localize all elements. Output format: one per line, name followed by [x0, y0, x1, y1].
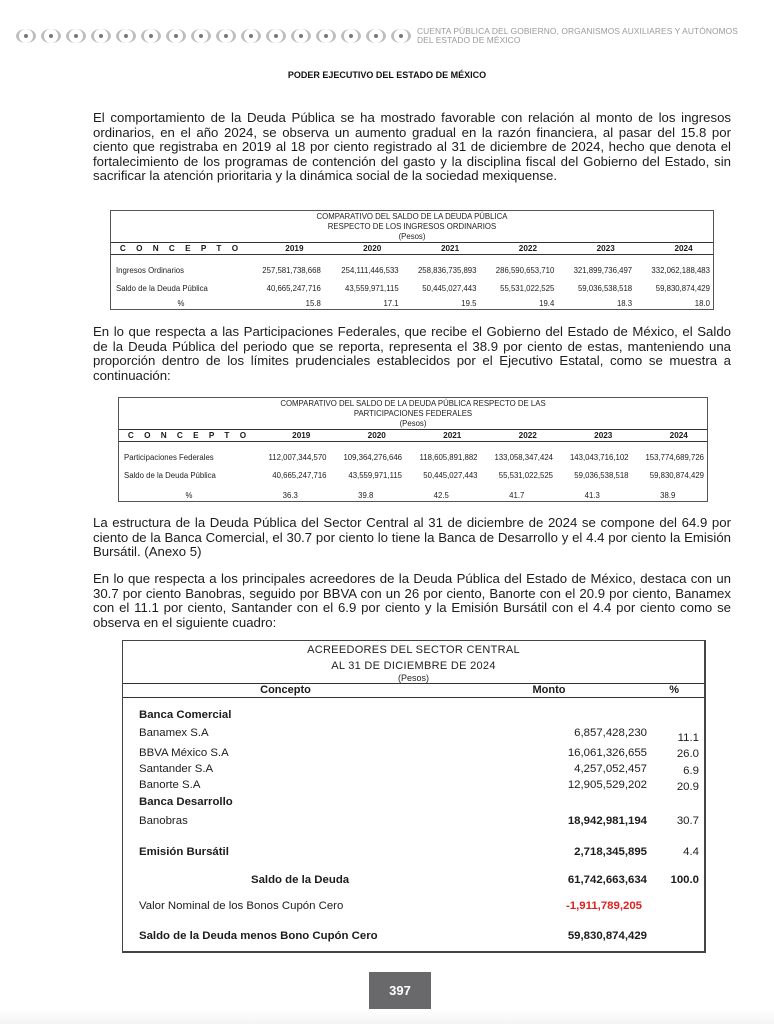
col-header-concepto: C O N C E P T O	[119, 430, 254, 441]
table-row-santander: Santander S.A 4,257,052,457 6.9	[123, 763, 704, 777]
col-header-2021: 2021	[405, 430, 481, 441]
col-header-monto: Monto	[448, 684, 640, 697]
table-title-line2: RESPECTO DE LOS INGRESOS ORDINARIOS	[111, 222, 713, 232]
row-monto: 16,061,326,655	[513, 747, 647, 760]
section-banca-desarrollo: Banca Desarrollo	[123, 796, 704, 808]
row-label: BBVA México S.A	[123, 747, 513, 760]
table-row-banobras: Banobras 18,942,981,194 30.7	[123, 815, 704, 827]
cell: 257,581,738,668	[246, 266, 324, 284]
col-header-concepto: C O N C E P T O	[111, 243, 246, 254]
table-header-row: Concepto Monto %	[123, 683, 704, 698]
row-label: Valor Nominal de los Bonos Cupón Cero	[123, 900, 513, 912]
table-row-saldo-menos-bono: Saldo de la Deuda menos Bono Cupón Cero …	[123, 930, 704, 942]
cell: 40,665,247,716	[246, 284, 324, 299]
cell: 36.3	[254, 491, 330, 500]
col-header-2019: 2019	[254, 430, 330, 441]
cell: 143,043,716,102	[556, 453, 632, 471]
state-seal-pattern-icon	[264, 28, 288, 44]
col-header-concepto: Concepto	[123, 684, 448, 697]
row-label: Ingresos Ordinarios	[111, 266, 246, 284]
cell: 55,531,022,525	[479, 284, 557, 299]
header-logo-strip	[14, 28, 413, 44]
state-seal-pattern-icon	[314, 28, 338, 44]
cell: 286,590,653,710	[479, 266, 557, 284]
col-header-2024: 2024	[635, 243, 713, 254]
cell: 321,899,736,497	[557, 266, 635, 284]
row-monto: 12,905,529,202	[513, 779, 647, 793]
row-label: Saldo de la Deuda Pública	[111, 284, 246, 299]
cell: 41.3	[556, 491, 632, 500]
state-seal-pattern-icon	[39, 28, 63, 44]
table-row: Saldo de la Deuda Pública 40,665,247,716…	[111, 284, 713, 299]
cell: 332,062,188,483	[635, 266, 713, 284]
table-central-sector-creditors: ACREEDORES DEL SECTOR CENTRAL AL 31 DE D…	[122, 640, 706, 953]
table-row: % 15.8 17.1 19.5 19.4 18.3 18.0	[111, 299, 713, 308]
col-header-2022: 2022	[481, 430, 557, 441]
row-pct: 6.9	[647, 763, 704, 777]
cell: 153,774,689,726	[632, 453, 708, 471]
cell: 59,830,874,429	[632, 471, 708, 491]
table-units: (Pesos)	[111, 232, 713, 242]
paragraph-debt-behavior: El comportamiento de la Deuda Pública se…	[93, 111, 731, 184]
col-header-2024: 2024	[632, 430, 708, 441]
table-row-emision-bursatil: Emisión Bursátil 2,718,345,895 4.4	[123, 846, 704, 858]
row-pct: 100.0	[647, 874, 704, 886]
state-seal-pattern-icon	[289, 28, 313, 44]
cell: 59,036,538,518	[557, 284, 635, 299]
cell: 38.9	[632, 491, 708, 500]
table-title-line1: ACREEDORES DEL SECTOR CENTRAL	[123, 641, 704, 658]
state-seal-pattern-icon	[214, 28, 238, 44]
cell: 109,364,276,646	[330, 453, 406, 471]
table-row-bbva: BBVA México S.A 16,061,326,655 26.0	[123, 747, 704, 760]
cell: 18.3	[557, 299, 635, 308]
cell: 43,559,971,115	[324, 284, 402, 299]
state-seal-pattern-icon	[389, 28, 413, 44]
state-seal-pattern-icon	[239, 28, 263, 44]
row-label: Banca Desarrollo	[123, 796, 513, 808]
table-title-line1: COMPARATIVO DEL SALDO DE LA DEUDA PÚBLIC…	[119, 398, 707, 409]
row-monto: 18,942,981,194	[513, 815, 647, 827]
row-monto: 6,857,428,230	[513, 727, 647, 744]
table-row: Saldo de la Deuda Pública 40,665,247,716…	[119, 471, 707, 491]
row-label: Participaciones Federales	[119, 453, 254, 471]
cell: 40,665,247,716	[254, 471, 330, 491]
table-title-line2: PARTICIPACIONES FEDERALES	[119, 409, 707, 419]
row-label: %	[119, 491, 254, 500]
col-header-2019: 2019	[246, 243, 324, 254]
state-seal-pattern-icon	[114, 28, 138, 44]
page-number: 397	[369, 972, 431, 1009]
row-pct: 4.4	[647, 846, 704, 858]
col-header-2020: 2020	[324, 243, 402, 254]
cell: 50,445,027,443	[405, 471, 481, 491]
row-label: Banca Comercial	[123, 709, 513, 721]
cell: 17.1	[324, 299, 402, 308]
row-monto: 59,830,874,429	[513, 930, 647, 942]
cell: 42.5	[405, 491, 481, 500]
row-monto: 61,742,663,634	[513, 874, 647, 886]
table-units: (Pesos)	[119, 419, 707, 429]
cell: 15.8	[246, 299, 324, 308]
state-seal-pattern-icon	[64, 28, 88, 44]
state-seal-pattern-icon	[14, 28, 38, 44]
table-row-banorte: Banorte S.A 12,905,529,202 20.9	[123, 779, 704, 793]
cell: 39.8	[330, 491, 406, 500]
row-pct	[642, 900, 704, 912]
state-seal-pattern-icon	[139, 28, 163, 44]
row-label: Santander S.A	[123, 763, 513, 777]
cell: 59,036,538,518	[556, 471, 632, 491]
paragraph-federal-participations: En lo que respecta a las Participaciones…	[93, 325, 731, 383]
table-row: % 36.3 39.8 42.5 41.7 41.3 38.9	[119, 491, 707, 500]
row-monto: 4,257,052,457	[513, 763, 647, 777]
cell: 112,007,344,570	[254, 453, 330, 471]
cell: 19.5	[402, 299, 480, 308]
row-label: Banorte S.A	[123, 779, 513, 793]
table-row-saldo-deuda: Saldo de la Deuda 61,742,663,634 100.0	[123, 874, 704, 886]
row-label: %	[111, 299, 246, 308]
cell: 133,058,347,424	[481, 453, 557, 471]
cell: 19.4	[479, 299, 557, 308]
table-row-bonos-cupon-cero: Valor Nominal de los Bonos Cupón Cero -1…	[123, 900, 704, 912]
paragraph-main-creditors: En lo que respecta a los principales acr…	[93, 572, 731, 630]
row-pct: 20.9	[647, 779, 704, 793]
page-subtitle: PODER EJECUTIVO DEL ESTADO DE MÉXICO	[0, 70, 774, 80]
row-label: Banamex S.A	[123, 727, 513, 744]
table-debt-vs-federal-participations: COMPARATIVO DEL SALDO DE LA DEUDA PÚBLIC…	[118, 397, 708, 502]
cell: 41.7	[481, 491, 557, 500]
cell: 50,445,027,443	[402, 284, 480, 299]
col-header-percent: %	[640, 684, 704, 697]
row-monto: 2,718,345,895	[513, 846, 647, 858]
row-label: Emisión Bursátil	[123, 846, 513, 858]
state-seal-pattern-icon	[189, 28, 213, 44]
state-seal-pattern-icon	[339, 28, 363, 44]
cell: 55,531,022,525	[481, 471, 557, 491]
state-seal-pattern-icon	[164, 28, 188, 44]
table-row: Participaciones Federales 112,007,344,57…	[119, 453, 707, 471]
table-header-row: C O N C E P T O 2019 2020 2021 2022 2023…	[111, 242, 713, 255]
col-header-2023: 2023	[556, 430, 632, 441]
page-footer-fade	[0, 1009, 774, 1024]
state-seal-pattern-icon	[89, 28, 113, 44]
cell: 258,836,735,893	[402, 266, 480, 284]
col-header-2020: 2020	[330, 430, 406, 441]
cell: 18.0	[635, 299, 713, 308]
row-label: Saldo de la Deuda	[123, 874, 513, 886]
row-label: Saldo de la Deuda menos Bono Cupón Cero	[123, 930, 513, 942]
row-pct	[647, 930, 704, 942]
paragraph-debt-structure: La estructura de la Deuda Pública del Se…	[93, 516, 731, 560]
col-header-2023: 2023	[557, 243, 635, 254]
state-seal-pattern-icon	[364, 28, 388, 44]
table-title-line2: AL 31 DE DICIEMBRE DE 2024	[123, 658, 704, 674]
row-label: Saldo de la Deuda Pública	[119, 471, 254, 491]
table-title-line1: COMPARATIVO DEL SALDO DE LA DEUDA PÚBLIC…	[111, 211, 713, 222]
cell: 43,559,971,115	[330, 471, 406, 491]
row-pct: 26.0	[647, 747, 704, 760]
row-pct: 30.7	[647, 815, 704, 827]
header-title-line2: DEL ESTADO DE MÉXICO	[417, 36, 738, 45]
col-header-2022: 2022	[479, 243, 557, 254]
table-row: Ingresos Ordinarios 257,581,738,668 254,…	[111, 266, 713, 284]
cell: 59,830,874,429	[635, 284, 713, 299]
table-debt-vs-ordinary-income: COMPARATIVO DEL SALDO DE LA DEUDA PÚBLIC…	[110, 210, 714, 310]
table-units: (Pesos)	[123, 674, 704, 683]
row-label: Banobras	[123, 815, 513, 827]
cell: 118,605,891,882	[405, 453, 481, 471]
row-monto-negative: -1,911,789,205	[513, 900, 642, 912]
cell: 254,111,446,533	[324, 266, 402, 284]
table-header-row: C O N C E P T O 2019 2020 2021 2022 2023…	[119, 429, 707, 442]
row-pct: 11.1	[647, 727, 704, 744]
header-title: CUENTA PÚBLICA DEL GOBIERNO, ORGANISMOS …	[417, 27, 738, 45]
table-row-banamex: Banamex S.A 6,857,428,230 11.1	[123, 727, 704, 744]
section-banca-comercial: Banca Comercial	[123, 709, 704, 721]
col-header-2021: 2021	[402, 243, 480, 254]
